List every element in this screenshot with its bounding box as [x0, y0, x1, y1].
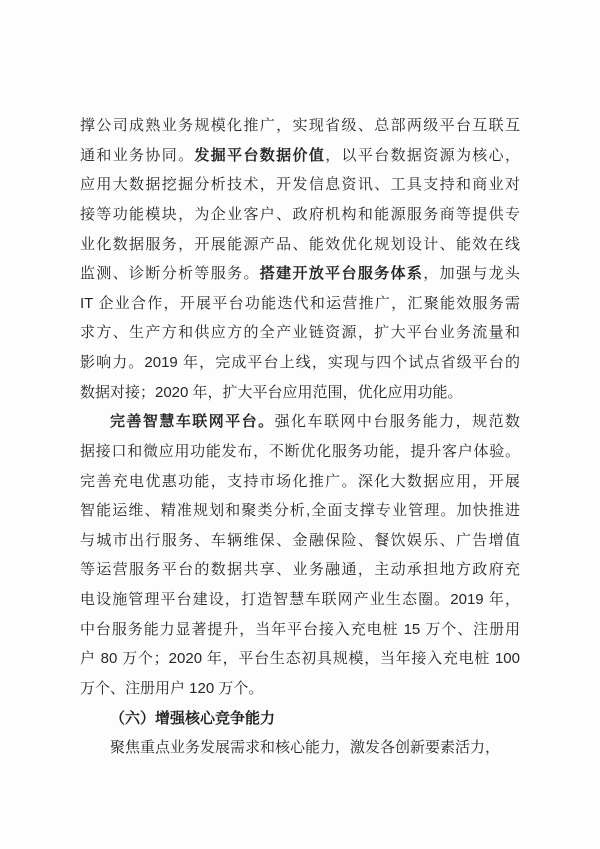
text-line: 聚焦重点业务发展需求和核心能力，激发各创新要素活力， [80, 733, 520, 763]
bold-run-smart-ev-network-platform: 完善智慧车联网平台。 [110, 413, 275, 430]
text-line: 中台服务能力显著提升，当年平台接入充电桩 15 万个、注册用 [80, 615, 520, 645]
text-run: 强化车联网中台服务能力，规范数 [275, 413, 520, 430]
text-run: 完善充电优惠功能，支持市场化推广。深化大数据应用，开展 [80, 473, 520, 490]
text-line: IT 企业合作，开展平台功能迭代和运营推广，汇聚能效服务需 [80, 289, 520, 319]
text-run: 接等功能模块，为企业客户、政府机构和能源服务商等提供专 [80, 206, 520, 223]
text-run: 中台服务能力显著提升，当年平台接入充电桩 15 万个、注册用 [80, 621, 520, 638]
text-line: 求方、生产方和供应方的全产业链资源，扩大平台业务流量和 [80, 318, 520, 348]
text-run: 求方、生产方和供应方的全产业链资源，扩大平台业务流量和 [80, 324, 520, 341]
section-heading: （六）增强核心竞争能力 [80, 704, 520, 734]
text-line: 通和业务协同。发掘平台数据价值，以平台数据资源为核心， [80, 141, 520, 171]
text-run: 数据对接；2020 年，扩大平台应用范围，优化应用功能。 [80, 384, 463, 401]
text-line: 撑公司成熟业务规模化推广，实现省级、总部两级平台互联互 [80, 111, 520, 141]
document-body: 撑公司成熟业务规模化推广，实现省级、总部两级平台互联互 通和业务协同。发掘平台数… [0, 0, 600, 763]
text-run: 影响力。2019 年，完成平台上线，实现与四个试点省级平台的 [80, 354, 520, 371]
text-line: 业化数据服务，开展能源产品、能效优化规划设计、能效在线 [80, 230, 520, 260]
text-line: 数据对接；2020 年，扩大平台应用范围，优化应用功能。 [80, 378, 520, 408]
bold-run-platform-data-value: 发掘平台数据价值 [194, 147, 325, 164]
text-line: 接等功能模块，为企业客户、政府机构和能源服务商等提供专 [80, 200, 520, 230]
text-run: ，以平台数据资源为核心， [325, 147, 520, 164]
text-run: 业化数据服务，开展能源产品、能效优化规划设计、能效在线 [80, 236, 520, 253]
text-run: 电设施管理平台建设，打造智慧车联网产业生态圈。2019 年， [80, 591, 520, 608]
text-run: 与城市出行服务、车辆维保、金融保险、餐饮娱乐、广告增值 [80, 532, 520, 549]
text-run: 监测、诊断分析等服务。 [80, 265, 260, 282]
paragraph-smart-ev-network: 完善智慧车联网平台。强化车联网中台服务能力，规范数 据接口和微应用功能发布，不断… [80, 407, 520, 703]
text-line: 监测、诊断分析等服务。搭建开放平台服务体系，加强与龙头 [80, 259, 520, 289]
text-line: 等运营服务平台的数据共享、业务融通，主动承担地方政府充 [80, 555, 520, 585]
text-line: 影响力。2019 年，完成平台上线，实现与四个试点省级平台的 [80, 348, 520, 378]
text-run: 万个、注册用户 120 万个。 [80, 680, 263, 697]
paragraph-core-competitiveness: 聚焦重点业务发展需求和核心能力，激发各创新要素活力， [80, 733, 520, 763]
text-line: 据接口和微应用功能发布，不断优化服务功能，提升客户体验。 [80, 437, 520, 467]
text-line: 智能运维、精准规划和聚类分析,全面支撑专业管理。加快推进 [80, 496, 520, 526]
text-line: 完善充电优惠功能，支持市场化推广。深化大数据应用，开展 [80, 467, 520, 497]
text-run: IT 企业合作，开展平台功能迭代和运营推广，汇聚能效服务需 [80, 295, 520, 312]
bold-run-open-platform-service-system: 搭建开放平台服务体系 [260, 265, 423, 282]
text-run: 应用大数据挖掘分析技术，开发信息资讯、工具支持和商业对 [80, 176, 520, 193]
text-line: 万个、注册用户 120 万个。 [80, 674, 520, 704]
text-line: 户 80 万个；2020 年，平台生态初具规模，当年接入充电桩 100 [80, 644, 520, 674]
text-run: 智能运维、精准规划和聚类分析,全面支撑专业管理。加快推进 [80, 502, 520, 519]
text-line: 电设施管理平台建设，打造智慧车联网产业生态圈。2019 年， [80, 585, 520, 615]
text-run: 据接口和微应用功能发布，不断优化服务功能，提升客户体验。 [80, 443, 520, 460]
text-line: 与城市出行服务、车辆维保、金融保险、餐饮娱乐、广告增值 [80, 526, 520, 556]
document-page: 撑公司成熟业务规模化推广，实现省级、总部两级平台互联互 通和业务协同。发掘平台数… [0, 0, 600, 849]
text-run: 撑公司成熟业务规模化推广，实现省级、总部两级平台互联互 [80, 117, 520, 134]
paragraph-platform-data: 撑公司成熟业务规模化推广，实现省级、总部两级平台互联互 通和业务协同。发掘平台数… [80, 111, 520, 407]
text-run: 等运营服务平台的数据共享、业务融通，主动承担地方政府充 [80, 561, 520, 578]
text-run: ，加强与龙头 [423, 265, 520, 282]
text-line: 完善智慧车联网平台。强化车联网中台服务能力，规范数 [80, 407, 520, 437]
text-run: 聚焦重点业务发展需求和核心能力，激发各创新要素活力， [110, 739, 500, 756]
text-run: 通和业务协同。 [80, 147, 194, 164]
text-line: 应用大数据挖掘分析技术，开发信息资讯、工具支持和商业对 [80, 170, 520, 200]
text-run: 户 80 万个；2020 年，平台生态初具规模，当年接入充电桩 100 [80, 650, 520, 667]
